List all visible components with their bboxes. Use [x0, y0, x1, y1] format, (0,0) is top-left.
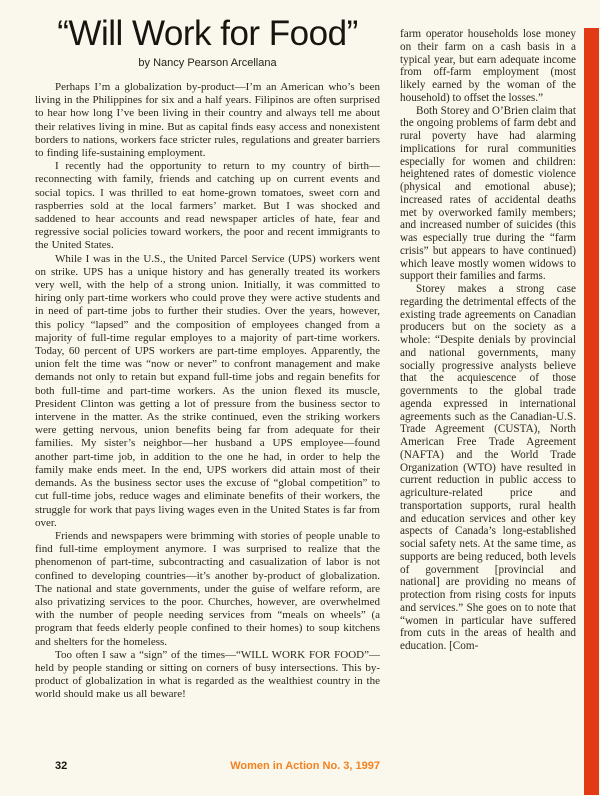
paragraph-storey-obrien: Both Storey and O’Brien claim that the o…	[400, 105, 576, 284]
right-column: farm operator households lose money on t…	[400, 28, 576, 702]
article-body-left: Perhaps I’m a globalization by-product—I…	[35, 81, 380, 702]
page-content: “Will Work for Food” by Nancy Pearson Ar…	[0, 0, 576, 702]
paragraph-ups-strike: While I was in the U.S., the United Parc…	[35, 253, 380, 530]
paragraph-trade-agreements: Storey makes a strong case regarding the…	[400, 283, 576, 653]
paragraph-conclusion: Too often I saw a “sign” of the times—“W…	[35, 649, 380, 702]
article-header: “Will Work for Food” by Nancy Pearson Ar…	[35, 14, 380, 69]
paragraph-intro: Perhaps I’m a globalization by-product—I…	[35, 81, 380, 160]
paragraph-return-home: I recently had the opportunity to return…	[35, 160, 380, 252]
journal-name: Women in Action No. 3, 1997	[230, 760, 380, 772]
left-column: “Will Work for Food” by Nancy Pearson Ar…	[35, 14, 380, 702]
article-byline: by Nancy Pearson Arcellana	[35, 57, 380, 69]
paragraph-welfare: Friends and newspapers were brimming wit…	[35, 530, 380, 649]
page-edge-red-bar	[584, 28, 599, 795]
magazine-page: “Will Work for Food” by Nancy Pearson Ar…	[0, 0, 600, 796]
paragraph-farm-households: farm operator households lose money on t…	[400, 28, 576, 105]
page-number: 32	[55, 760, 67, 772]
article-title: “Will Work for Food”	[35, 14, 380, 54]
